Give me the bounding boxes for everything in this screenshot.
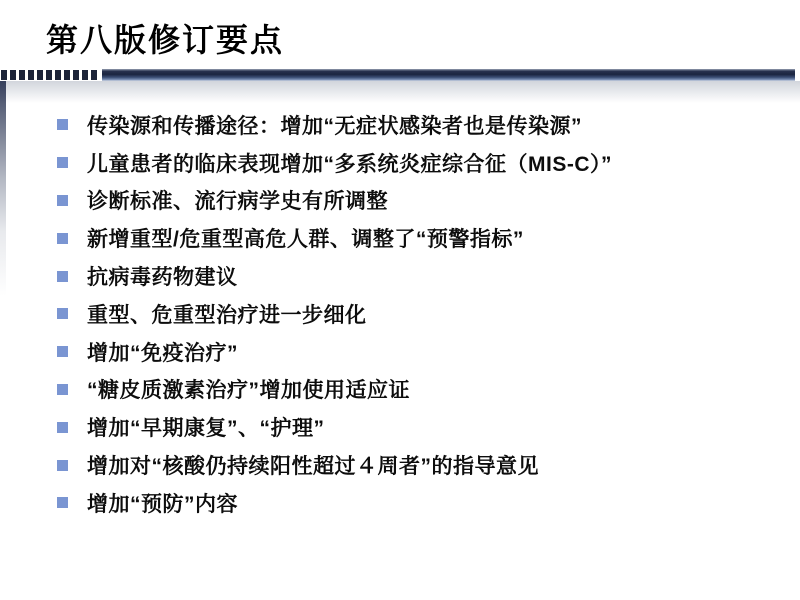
- dash-square-icon: [82, 70, 88, 80]
- bullet-text: 增加“早期康复”、“护理”: [87, 412, 325, 442]
- bullet-list: 传染源和传播途径：增加“无症状感染者也是传染源” 儿童患者的临床表现增加“多系统…: [57, 106, 612, 522]
- title-underline-row: [0, 69, 800, 81]
- bullet-square-icon: [57, 497, 68, 508]
- bullet-square-icon: [57, 308, 68, 319]
- bullet-text: 新增重型/危重型高危人群、调整了“预警指标”: [87, 223, 524, 253]
- bullet-square-icon: [57, 346, 68, 357]
- bullet-text: 增加“免疫治疗”: [87, 337, 238, 367]
- list-item: “糖皮质激素治疗”增加使用适应证: [57, 371, 612, 409]
- list-item: 儿童患者的临床表现增加“多系统炎症综合征（MIS-C）”: [57, 144, 612, 182]
- dash-square-icon: [10, 70, 16, 80]
- bullet-text: 诊断标准、流行病学史有所调整: [87, 185, 388, 215]
- bullet-square-icon: [57, 460, 68, 471]
- bullet-text: 传染源和传播途径：增加“无症状感染者也是传染源”: [87, 110, 582, 140]
- list-item: 新增重型/危重型高危人群、调整了“预警指标”: [57, 219, 612, 257]
- dash-square-icon: [46, 70, 52, 80]
- bullet-square-icon: [57, 271, 68, 282]
- bullet-text: 重型、危重型治疗进一步细化: [87, 299, 367, 329]
- left-edge-gradient: [0, 81, 6, 296]
- bullet-text: 抗病毒药物建议: [87, 261, 238, 291]
- list-item: 增加“早期康复”、“护理”: [57, 408, 612, 446]
- dash-strip: [0, 70, 97, 80]
- bullet-text: 儿童患者的临床表现增加“多系统炎症综合征（MIS-C）”: [87, 148, 612, 178]
- bullet-text: 增加“预防”内容: [87, 488, 238, 518]
- bullet-square-icon: [57, 195, 68, 206]
- list-item: 传染源和传播途径：增加“无症状感染者也是传染源”: [57, 106, 612, 144]
- dash-square-icon: [28, 70, 34, 80]
- list-item: 抗病毒药物建议: [57, 257, 612, 295]
- dash-square-icon: [1, 70, 7, 80]
- bullet-text: “糖皮质激素治疗”增加使用适应证: [87, 374, 410, 404]
- bullet-square-icon: [57, 157, 68, 168]
- bullet-square-icon: [57, 233, 68, 244]
- dash-square-icon: [64, 70, 70, 80]
- list-item: 增加“免疫治疗”: [57, 333, 612, 371]
- dash-square-icon: [55, 70, 61, 80]
- dash-square-icon: [91, 70, 97, 80]
- title-underline-bar: [102, 69, 795, 81]
- bullet-square-icon: [57, 422, 68, 433]
- presentation-slide: 第八版修订要点 传染源和传播途径：增加“无症状感染者也是传染源” 儿童患者的临床…: [0, 0, 800, 600]
- list-item: 增加对“核酸仍持续阳性超过４周者”的指导意见: [57, 446, 612, 484]
- page-title: 第八版修订要点: [46, 21, 284, 59]
- dash-square-icon: [37, 70, 43, 80]
- bar-shadow-gradient: [0, 81, 800, 107]
- dash-square-icon: [19, 70, 25, 80]
- bullet-text: 增加对“核酸仍持续阳性超过４周者”的指导意见: [87, 450, 539, 480]
- list-item: 诊断标准、流行病学史有所调整: [57, 182, 612, 220]
- bullet-square-icon: [57, 119, 68, 130]
- list-item: 重型、危重型治疗进一步细化: [57, 295, 612, 333]
- dash-square-icon: [73, 70, 79, 80]
- list-item: 增加“预防”内容: [57, 484, 612, 522]
- bullet-square-icon: [57, 384, 68, 395]
